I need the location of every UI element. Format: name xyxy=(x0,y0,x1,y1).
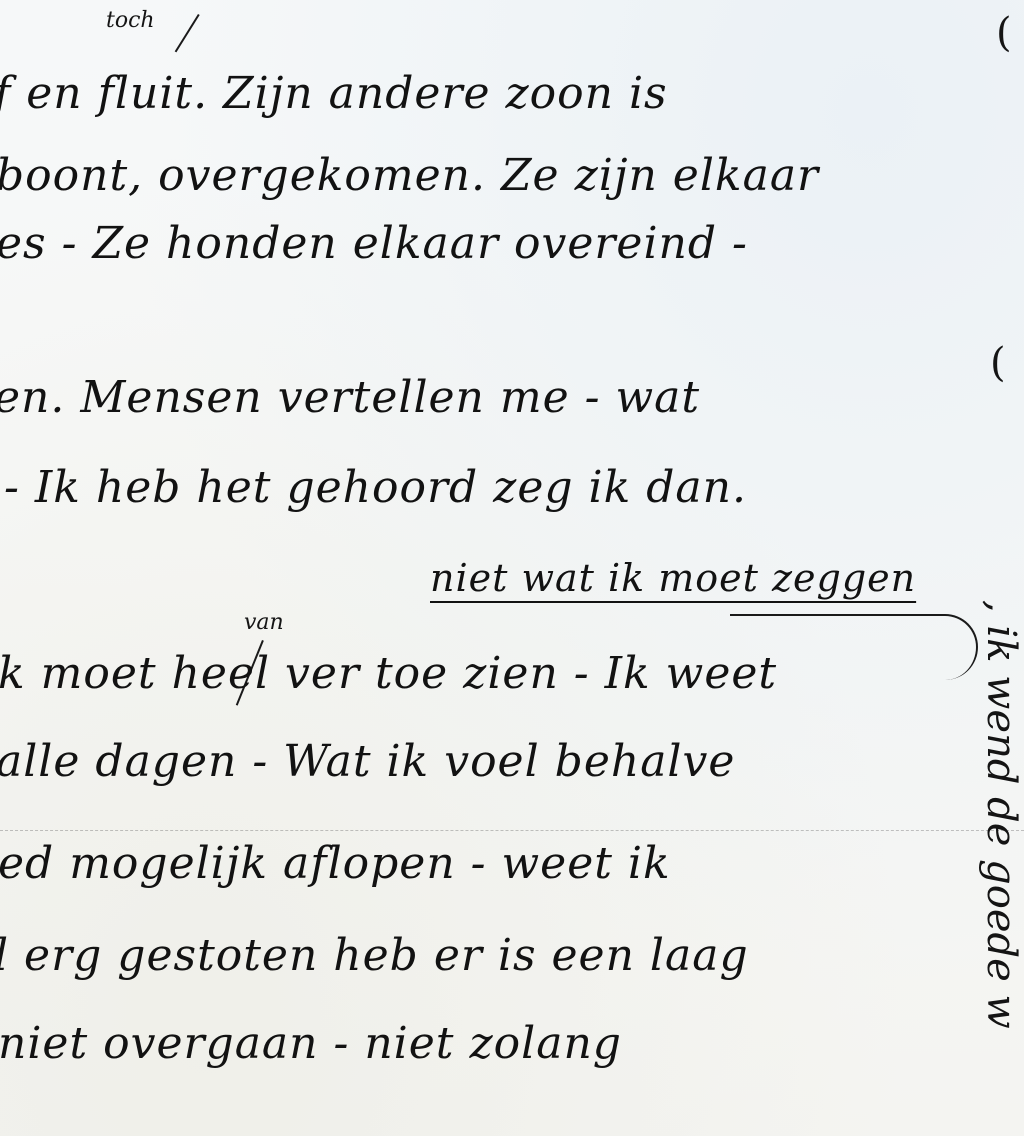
handwritten-line-3: es - Ze honden elkaar overeind - xyxy=(0,218,748,269)
handwritten-line-10: l erg gestoten heb er is een laag xyxy=(0,930,749,981)
handwritten-line-8: alle dagen - Wat ik voel behalve xyxy=(0,736,735,787)
handwritten-line-6-insertion: niet wat ik moet zeggen xyxy=(430,556,916,600)
handwritten-line-9: ed mogelijk aflopen - weet ik xyxy=(0,838,671,889)
paper-fold-line xyxy=(0,830,1024,831)
insertion-above-line-7: van xyxy=(244,610,284,635)
handwritten-line-11: niet overgaan - niet zolang xyxy=(0,1018,622,1069)
margin-curl-mark: ( xyxy=(996,10,1012,56)
margin-curl-mark: ( xyxy=(990,340,1006,386)
handwritten-line-7: k moet heel ver toe zien - Ik weet xyxy=(0,648,777,699)
handwritten-line-4: en. Mensen vertellen me - wat xyxy=(0,372,700,423)
handwritten-line-1: f en fluit. Zijn andere zoon is xyxy=(0,68,668,119)
insertion-above-line-1: toch xyxy=(106,8,155,33)
handwritten-line-2: boont, overgekomen. Ze zijn elkaar xyxy=(0,150,819,201)
handwritten-line-5: - Ik heb het gehoord zeg ik dan. xyxy=(4,462,747,513)
vertical-margin-note: , ik wend de goede w xyxy=(978,600,1024,1029)
